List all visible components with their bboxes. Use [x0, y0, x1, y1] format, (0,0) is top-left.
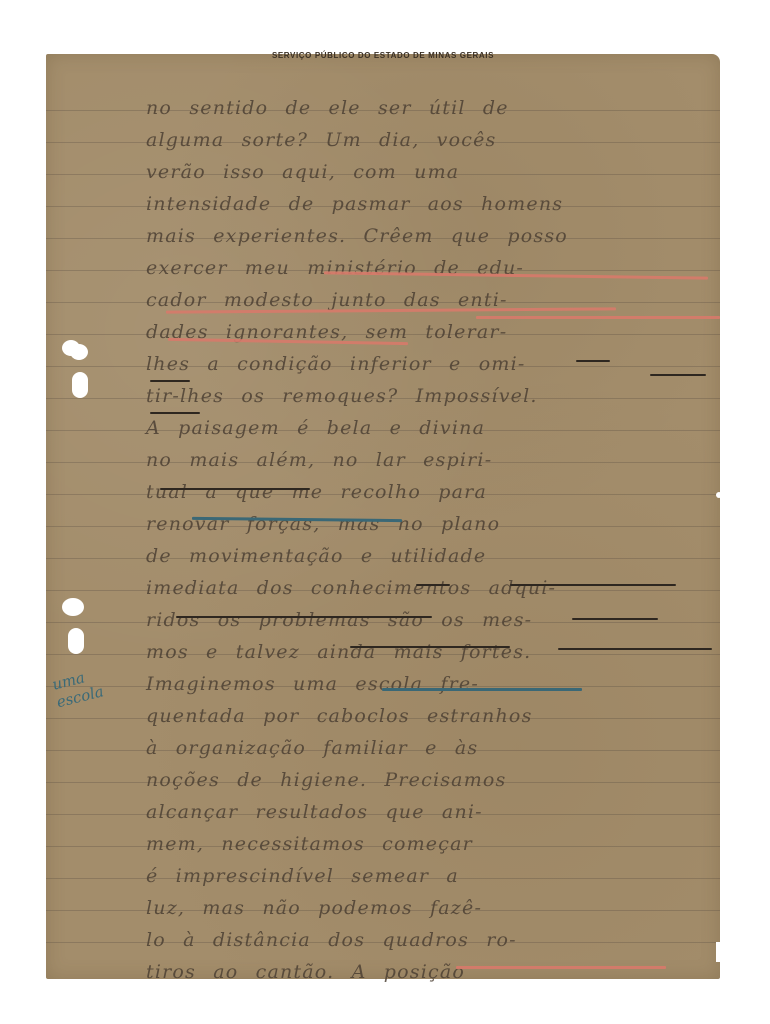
- text-line: tiros ao cantão. A posição: [146, 956, 716, 988]
- letterhead: SERVIÇO PÚBLICO DO ESTADO DE MINAS GERAI…: [46, 51, 720, 60]
- black-underline: [150, 412, 200, 414]
- black-underline: [510, 584, 676, 586]
- text-line: exercer meu ministério de edu-: [146, 252, 716, 284]
- punch-hole: [72, 372, 88, 398]
- text-line: mos e talvez ainda mais fortes.: [146, 636, 716, 668]
- text-line: lo à distância dos quadros ro-: [146, 924, 716, 956]
- black-underline: [416, 584, 450, 586]
- punch-hole: [62, 598, 84, 616]
- blue-underline: [382, 688, 582, 691]
- text-line: mais experientes. Crêem que posso: [146, 220, 716, 252]
- punch-hole: [68, 628, 84, 654]
- edge-tear: [716, 942, 722, 962]
- text-line: noções de higiene. Precisamos: [146, 764, 716, 796]
- black-underline: [576, 360, 610, 362]
- text-line: mem, necessitamos começar: [146, 828, 716, 860]
- manuscript-page: SERVIÇO PÚBLICO DO ESTADO DE MINAS GERAI…: [46, 54, 720, 979]
- red-underline: [456, 966, 666, 969]
- margin-note: uma escola: [50, 665, 105, 711]
- black-underline: [176, 616, 432, 618]
- text-line: dades ignorantes, sem tolerar-: [146, 316, 716, 348]
- text-line: tual a que me recolho para: [146, 476, 716, 508]
- text-line: no mais além, no lar espiri-: [146, 444, 716, 476]
- text-line: verão isso aqui, com uma: [146, 156, 716, 188]
- text-line: intensidade de pasmar aos homens: [146, 188, 716, 220]
- black-underline: [650, 374, 706, 376]
- black-underline: [150, 380, 190, 382]
- text-line: quentada por caboclos estranhos: [146, 700, 716, 732]
- text-line: renovar forças, mas no plano: [146, 508, 716, 540]
- black-underline: [160, 488, 310, 490]
- text-line: à organização familiar e às: [146, 732, 716, 764]
- text-line: é imprescindível semear a: [146, 860, 716, 892]
- text-line: no sentido de ele ser útil de: [146, 92, 716, 124]
- text-line: luz, mas não podemos fazê-: [146, 892, 716, 924]
- edge-tear: [716, 492, 722, 498]
- text-line: ridos os problemas são os mes-: [146, 604, 716, 636]
- text-line: tir-lhes os remoques? Impossível.: [146, 380, 716, 412]
- handwritten-text: no sentido de ele ser útil de alguma sor…: [146, 92, 716, 988]
- red-underline: [476, 316, 720, 319]
- text-line: alguma sorte? Um dia, vocês: [146, 124, 716, 156]
- black-underline: [572, 618, 658, 620]
- text-line: lhes a condição inferior e omi-: [146, 348, 716, 380]
- black-underline: [350, 646, 510, 648]
- text-line: Imaginemos uma escola fre-: [146, 668, 716, 700]
- black-underline: [558, 648, 712, 650]
- punch-hole: [70, 344, 88, 360]
- text-line: A paisagem é bela e divina: [146, 412, 716, 444]
- text-line: imediata dos conhecimentos adqui-: [146, 572, 716, 604]
- text-line: de movimentação e utilidade: [146, 540, 716, 572]
- text-line: alcançar resultados que ani-: [146, 796, 716, 828]
